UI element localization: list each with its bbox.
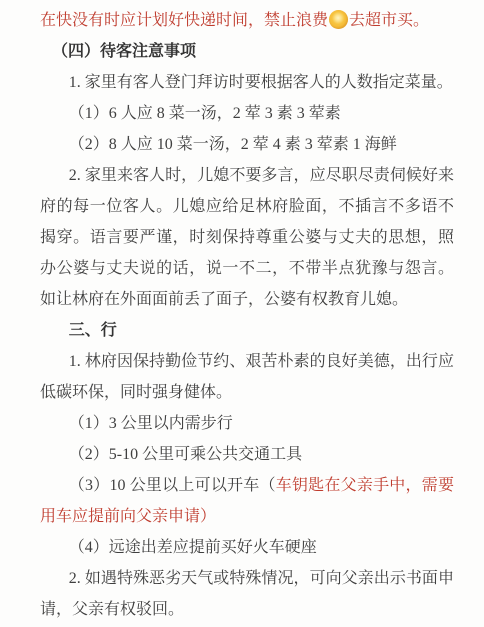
travel-rule-2: 2. 如遇特殊恶劣天气或特殊情况，可向父亲出示书面申请，父亲有权驳回。: [40, 563, 454, 625]
travel-rule-1-sub-4: （4）远途出差应提前买好火车硬座: [40, 532, 454, 563]
guest-rule-1: 1. 家里有客人登门拜访时要根据客人的人数指定菜量。: [40, 67, 454, 98]
travel-rule-1: 1. 林府因保持勤俭节约、艰苦朴素的良好美德，出行应低碳环保，同时强身健体。: [40, 346, 454, 408]
travel-rule-1-sub-2: （2）5-10 公里可乘公共交通工具: [40, 439, 454, 470]
travel-section-heading: 三、行: [40, 315, 454, 346]
travel-rule-1-sub-1: （1）3 公里以内需步行: [40, 408, 454, 439]
yellow-coin-emoji-icon: [329, 10, 348, 29]
intro-text-before-emoji: 在快没有时应计划好快递时间，禁止浪费: [40, 12, 328, 29]
guest-rule-2: 2. 家里来客人时，儿媳不要多言，应尽职尽责伺候好来府的每一位客人。儿媳应给足林…: [40, 160, 454, 315]
guest-rule-1-sub-1: （1）6 人应 8 菜一汤，2 荤 3 素 3 荤素: [40, 98, 454, 129]
intro-text-after-emoji: 去超市买。: [349, 12, 429, 29]
document-page: 在快没有时应计划好快递时间，禁止浪费去超市买。 （四）待客注意事项 1. 家里有…: [0, 0, 484, 627]
guest-section-heading: （四）待客注意事项: [40, 36, 454, 67]
guest-rule-1-sub-2: （2）8 人应 10 菜一汤，2 荤 4 素 3 荤素 1 海鲜: [40, 129, 454, 160]
travel-sub-3-black-text: （3）10 公里以上可以开车（: [69, 477, 276, 494]
intro-line: 在快没有时应计划好快递时间，禁止浪费去超市买。: [40, 5, 454, 36]
travel-rule-1-sub-3: （3）10 公里以上可以开车（车钥匙在父亲手中，需要用车应提前向父亲申请）: [40, 470, 454, 532]
